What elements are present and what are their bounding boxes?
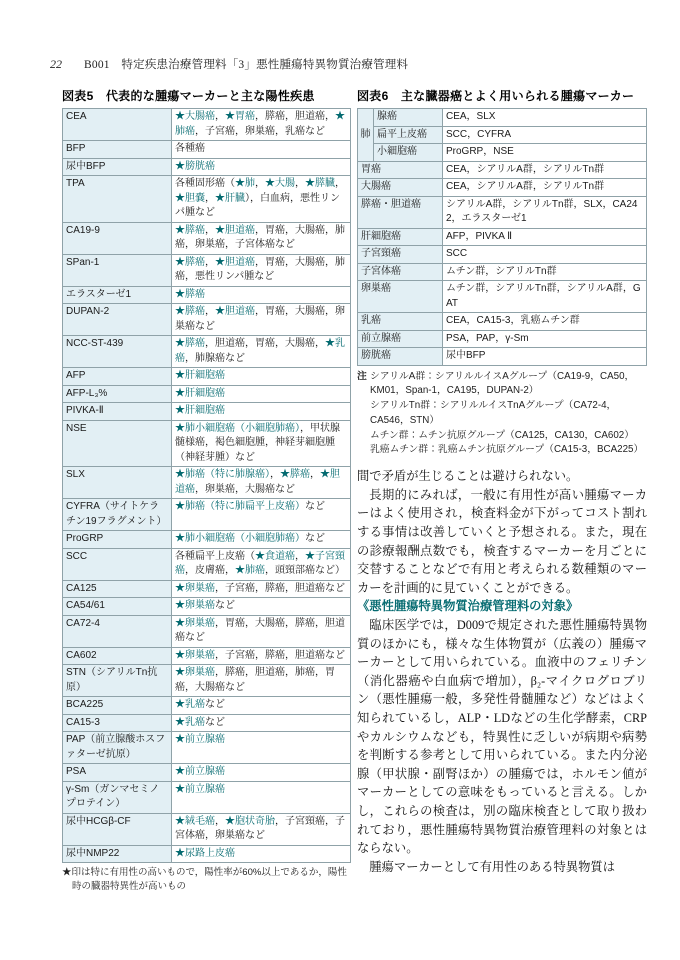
starred-disease: ★胆道癌 xyxy=(215,306,255,317)
body-paragraph: 長期的にみれば，一般に有用性が高い腫瘍マーカーはよく使用され，検査料金が下がって… xyxy=(357,486,647,598)
organ-name: 乳癌 xyxy=(358,313,443,331)
organ-name: 膀胱癌 xyxy=(358,348,443,366)
organ-markers: CEA，CA15-3，乳癌ムチン群 xyxy=(443,313,647,331)
table-row: 乳癌CEA，CA15-3，乳癌ムチン群 xyxy=(358,313,647,331)
note-body: シアリルA群：シアリルルイスAグループ（CA19-9，CA50，KM01，Spa… xyxy=(370,370,647,459)
table-row: SPan-1★膵癌，★胆道癌，胃癌，大腸癌，肺癌，悪性リンパ腫など xyxy=(63,254,351,286)
organ-name: 子宮頸癌 xyxy=(358,246,443,264)
marker-diseases: ★卵巣癌など xyxy=(172,598,351,616)
marker-diseases: ★卵巣癌，膵癌，胆道癌，肺癌，胃癌，大腸癌など xyxy=(172,665,351,697)
starred-disease: ★膵癌 xyxy=(175,306,205,317)
lung-subtype: 小細胞癌 xyxy=(374,144,443,162)
starred-disease: ★膵臓 xyxy=(305,178,335,189)
starred-disease: ★肺小細胞癌（小細胞肺癌） xyxy=(175,423,300,434)
note-item: ムチン群：ムチン抗原グループ（CA125，CA130，CA602） xyxy=(370,429,647,444)
marker-name: BCA225 xyxy=(63,697,172,715)
starred-disease: ★乳癌 xyxy=(175,699,205,710)
marker-diseases: ★肺小細胞癌（小細胞肺癌）など xyxy=(172,531,351,549)
marker-name: TPA xyxy=(63,176,172,223)
marker-name: PSA xyxy=(63,764,172,782)
marker-name: CA19-9 xyxy=(63,222,172,254)
starred-disease: ★肝細胞癌 xyxy=(175,370,225,381)
marker-name: AFP-L₃% xyxy=(63,385,172,403)
marker-name: 尿中HCGβ-CF xyxy=(63,813,172,845)
starred-disease: ★肝臓 xyxy=(215,193,245,204)
note-item: 乳癌ムチン群：乳癌ムチン抗原グループ（CA15-3，BCA225） xyxy=(370,443,647,458)
marker-diseases: ★膵癌 xyxy=(172,286,351,304)
table-row: NCC-ST-439★膵癌，胆道癌，胃癌，大腸癌，★乳癌，肺腺癌など xyxy=(63,336,351,368)
table-row: PSA★前立腺癌 xyxy=(63,764,351,782)
starred-disease: ★膀胱癌 xyxy=(175,161,215,172)
table-row: BCA225★乳癌など xyxy=(63,697,351,715)
starred-disease: ★大腸 xyxy=(265,178,295,189)
table-row: 卵巣癌ムチン群，シアリルTn群，シアリルA群，GAT xyxy=(358,281,647,313)
table-row: 小細胞癌ProGRP，NSE xyxy=(358,144,647,162)
marker-diseases: ★肺癌（特に肺腺癌），★膵癌，★胆道癌，卵巣癌，大腸癌など xyxy=(172,467,351,499)
note-item: シアリルTn群：シアリルルイスTnAグループ（CA72-4，CA546，STN） xyxy=(370,399,647,429)
organ-name: 子宮体癌 xyxy=(358,263,443,281)
marker-diseases: ★膵癌，★胆道癌，胃癌，大腸癌，肺癌，卵巣癌，子宮体癌など xyxy=(172,222,351,254)
marker-diseases: ★前立腺癌 xyxy=(172,781,351,813)
starred-disease: ★胆道癌 xyxy=(215,257,255,268)
marker-name: AFP xyxy=(63,368,172,386)
table-row: 子宮頸癌SCC xyxy=(358,246,647,264)
note-label: 注 xyxy=(357,370,367,385)
starred-disease: ★前立腺癌 xyxy=(175,766,225,777)
starred-disease: ★卵巣癌 xyxy=(175,667,215,678)
marker-diseases: ★肺癌（特に肺扁平上皮癌）など xyxy=(172,499,351,531)
table-row: SCC各種扁平上皮癌（★食道癌，★子宮頸癌，皮膚癌，★肺癌，頭頸部癌など） xyxy=(63,548,351,580)
starred-disease: ★膵癌 xyxy=(280,469,310,480)
right-column: 図表6 主な臓器癌とよく用いられる腫瘍マーカー 肺腺癌CEA，SLX扁平上皮癌S… xyxy=(357,87,647,876)
starred-disease: ★大腸癌 xyxy=(175,111,215,122)
organ-name: 前立腺癌 xyxy=(358,330,443,348)
table-row: 胃癌CEA，シアリルA群，シアリルTn群 xyxy=(358,161,647,179)
starred-disease: ★前立腺癌 xyxy=(175,784,225,795)
marker-diseases: ★前立腺癌 xyxy=(172,732,351,764)
marker-diseases: ★大腸癌，★胃癌，膵癌，胆道癌，★肺癌，子宮癌，卵巣癌，乳癌など xyxy=(172,109,351,141)
body-text: 間で矛盾が生じることは避けられない。長期的にみれば，一般に有用性が高い腫瘍マーカ… xyxy=(357,467,647,876)
organ-name: 肺 xyxy=(358,109,374,162)
starred-disease: ★肝細胞癌 xyxy=(175,405,225,416)
starred-disease: ★尿路上皮癌 xyxy=(175,848,235,859)
body-paragraph: 臨床医学では，D009で規定された悪性腫瘍特異物質のほかにも，様々な生体物質が（… xyxy=(357,616,647,858)
table-row: TPA各種固形癌（★肺，★大腸，★膵臓，★胆嚢，★肝臓），白血病，悪性リンパ腫な… xyxy=(63,176,351,223)
marker-diseases: ★絨毛癌，★胞状奇胎，子宮頸癌，子宮体癌，卵巣癌など xyxy=(172,813,351,845)
starred-disease: ★前立腺癌 xyxy=(175,734,225,745)
starred-disease: ★食道癌 xyxy=(255,551,295,562)
marker-diseases: ★乳癌など xyxy=(172,697,351,715)
starred-disease: ★卵巣癌 xyxy=(175,583,215,594)
table-row: 肝細胞癌AFP，PIVKA Ⅱ xyxy=(358,228,647,246)
starred-disease: ★膵癌 xyxy=(175,257,205,268)
section-title: B001 特定疾患治療管理料「3」悪性腫瘍特異物質治療管理料 xyxy=(84,59,408,71)
organ-markers: シアリルA群，シアリルTn群，SLX，CA242，エラスターゼ1 xyxy=(443,196,647,228)
marker-name: SCC xyxy=(63,548,172,580)
table-row: CA54/61★卵巣癌など xyxy=(63,598,351,616)
marker-diseases: ★膀胱癌 xyxy=(172,158,351,176)
marker-name: PIVKA-Ⅱ xyxy=(63,403,172,421)
organ-markers: ProGRP，NSE xyxy=(443,144,647,162)
organ-markers: SCC，CYFRA xyxy=(443,126,647,144)
marker-name: 尿中BFP xyxy=(63,158,172,176)
marker-name: CA72-4 xyxy=(63,615,172,647)
starred-disease: ★肺 xyxy=(235,178,255,189)
table-row: AFP-L₃%★肝細胞癌 xyxy=(63,385,351,403)
organ-markers: PSA，PAP，γ-Sm xyxy=(443,330,647,348)
marker-diseases: ★肝細胞癌 xyxy=(172,385,351,403)
table-row: PAP（前立腺酸ホスファターゼ抗原）★前立腺癌 xyxy=(63,732,351,764)
body-heading: 《悪性腫瘍特異物質治療管理料の対象》 xyxy=(357,597,647,616)
table-row: 前立腺癌PSA，PAP，γ-Sm xyxy=(358,330,647,348)
marker-name: STN（シアリルTn抗原） xyxy=(63,665,172,697)
table-row: 子宮体癌ムチン群，シアリルTn群 xyxy=(358,263,647,281)
table-row: 膀胱癌尿中BFP xyxy=(358,348,647,366)
table6-note: 注 シアリルA群：シアリルルイスAグループ（CA19-9，CA50，KM01，S… xyxy=(357,370,647,459)
page-number: 22 xyxy=(50,57,62,71)
marker-name: γ-Sm（ガンマセミノプロテイン） xyxy=(63,781,172,813)
starred-disease: ★肺癌（特に肺扁平上皮癌） xyxy=(175,501,305,512)
table-row: 尿中BFP★膀胱癌 xyxy=(63,158,351,176)
starred-disease: ★膵癌 xyxy=(175,289,205,300)
marker-diseases: 各種固形癌（★肺，★大腸，★膵臓，★胆嚢，★肝臓），白血病，悪性リンパ腫など xyxy=(172,176,351,223)
marker-diseases: 各種癌 xyxy=(172,141,351,159)
organ-markers: 尿中BFP xyxy=(443,348,647,366)
table-row: CA72-4★卵巣癌，胃癌，大腸癌，膵癌，胆道癌など xyxy=(63,615,351,647)
starred-disease: ★胞状奇胎 xyxy=(225,816,275,827)
marker-diseases: ★卵巣癌，子宮癌，膵癌，胆道癌など xyxy=(172,647,351,665)
marker-name: SLX xyxy=(63,467,172,499)
starred-disease: ★膵癌 xyxy=(175,338,205,349)
organ-name: 肝細胞癌 xyxy=(358,228,443,246)
organ-name: 卵巣癌 xyxy=(358,281,443,313)
body-paragraph: 間で矛盾が生じることは避けられない。 xyxy=(357,467,647,486)
marker-diseases: 各種扁平上皮癌（★食道癌，★子宮頸癌，皮膚癌，★肺癌，頭頸部癌など） xyxy=(172,548,351,580)
starred-disease: ★膵癌 xyxy=(175,225,205,236)
organ-markers: SCC xyxy=(443,246,647,264)
marker-name: SPan-1 xyxy=(63,254,172,286)
organ-markers: CEA，シアリルA群，シアリルTn群 xyxy=(443,161,647,179)
table-row: SLX★肺癌（特に肺腺癌），★膵癌，★胆道癌，卵巣癌，大腸癌など xyxy=(63,467,351,499)
body-paragraph: 腫瘍マーカーとして有用性のある特異物質は xyxy=(357,858,647,877)
marker-name: CYFRA（サイトケラチン19フラグメント） xyxy=(63,499,172,531)
organ-name: 膵癌・胆道癌 xyxy=(358,196,443,228)
marker-name: PAP（前立腺酸ホスファターゼ抗原） xyxy=(63,732,172,764)
table-row: CEA★大腸癌，★胃癌，膵癌，胆道癌，★肺癌，子宮癌，卵巣癌，乳癌など xyxy=(63,109,351,141)
starred-disease: ★卵巣癌 xyxy=(175,650,215,661)
marker-diseases: ★前立腺癌 xyxy=(172,764,351,782)
organ-markers: AFP，PIVKA Ⅱ xyxy=(443,228,647,246)
marker-diseases: ★肝細胞癌 xyxy=(172,403,351,421)
starred-disease: ★肺癌 xyxy=(235,565,265,576)
document-page: 22B001 特定疾患治療管理料「3」悪性腫瘍特異物質治療管理料 図表5 代表的… xyxy=(0,0,680,960)
table-row: CA125★卵巣癌，子宮癌，膵癌，胆道癌など xyxy=(63,580,351,598)
marker-name: ProGRP xyxy=(63,531,172,549)
starred-disease: ★絨毛癌 xyxy=(175,816,215,827)
starred-disease: ★肺癌（特に肺腺癌） xyxy=(175,469,270,480)
starred-disease: ★胆嚢 xyxy=(175,193,205,204)
marker-name: CA602 xyxy=(63,647,172,665)
left-column: 図表5 代表的な腫瘍マーカーと主な陽性疾患 CEA★大腸癌，★胃癌，膵癌，胆道癌… xyxy=(62,87,351,894)
table-row: ProGRP★肺小細胞癌（小細胞肺癌）など xyxy=(63,531,351,549)
table-row: CA15-3★乳癌など xyxy=(63,714,351,732)
table-row: 尿中HCGβ-CF★絨毛癌，★胞状奇胎，子宮頸癌，子宮体癌，卵巣癌など xyxy=(63,813,351,845)
organ-markers: CEA，シアリルA群，シアリルTn群 xyxy=(443,179,647,197)
organ-markers: CEA，SLX xyxy=(443,109,647,127)
table-row: 肺腺癌CEA，SLX xyxy=(358,109,647,127)
organ-marker-table: 肺腺癌CEA，SLX扁平上皮癌SCC，CYFRA小細胞癌ProGRP，NSE胃癌… xyxy=(357,108,647,366)
table-row: CA19-9★膵癌，★胆道癌，胃癌，大腸癌，肺癌，卵巣癌，子宮体癌など xyxy=(63,222,351,254)
starred-disease: ★肝細胞癌 xyxy=(175,388,225,399)
marker-name: 尿中NMP22 xyxy=(63,845,172,863)
note-item: シアリルA群：シアリルルイスAグループ（CA19-9，CA50，KM01，Spa… xyxy=(370,370,647,400)
marker-diseases: ★膵癌，★胆道癌，胃癌，大腸癌，肺癌，悪性リンパ腫など xyxy=(172,254,351,286)
table-row: 扁平上皮癌SCC，CYFRA xyxy=(358,126,647,144)
table-row: BFP各種癌 xyxy=(63,141,351,159)
starred-disease: ★乳癌 xyxy=(175,717,205,728)
marker-name: エラスターゼ1 xyxy=(63,286,172,304)
marker-name: DUPAN-2 xyxy=(63,304,172,336)
page-header: 22B001 特定疾患治療管理料「3」悪性腫瘍特異物質治療管理料 xyxy=(50,56,408,72)
marker-diseases: ★卵巣癌，胃癌，大腸癌，膵癌，胆道癌など xyxy=(172,615,351,647)
table-row: γ-Sm（ガンマセミノプロテイン）★前立腺癌 xyxy=(63,781,351,813)
marker-diseases: ★卵巣癌，子宮癌，膵癌，胆道癌など xyxy=(172,580,351,598)
organ-markers: ムチン群，シアリルTn群，シアリルA群，GAT xyxy=(443,281,647,313)
marker-name: NCC-ST-439 xyxy=(63,336,172,368)
tumor-marker-table: CEA★大腸癌，★胃癌，膵癌，胆道癌，★肺癌，子宮癌，卵巣癌，乳癌などBFP各種… xyxy=(62,108,351,863)
table-row: エラスターゼ1★膵癌 xyxy=(63,286,351,304)
marker-name: CA15-3 xyxy=(63,714,172,732)
marker-name: CEA xyxy=(63,109,172,141)
lung-subtype: 腺癌 xyxy=(374,109,443,127)
table-row: NSE★肺小細胞癌（小細胞肺癌），甲状腺髄様癌，褐色細胞腫，神経芽細胞腫（神経芽… xyxy=(63,420,351,467)
lung-subtype: 扁平上皮癌 xyxy=(374,126,443,144)
organ-markers: ムチン群，シアリルTn群 xyxy=(443,263,647,281)
table5-footnote: ★印は特に有用性の高いもので，陽性率が60%以上であるか，陽性時の臓器特異性が高… xyxy=(62,866,351,894)
table-row: STN（シアリルTn抗原）★卵巣癌，膵癌，胆道癌，肺癌，胃癌，大腸癌など xyxy=(63,665,351,697)
marker-name: NSE xyxy=(63,420,172,467)
table-row: AFP★肝細胞癌 xyxy=(63,368,351,386)
starred-disease: ★卵巣癌 xyxy=(175,600,215,611)
table5-title: 図表5 代表的な腫瘍マーカーと主な陽性疾患 xyxy=(62,87,351,104)
marker-diseases: ★肺小細胞癌（小細胞肺癌），甲状腺髄様癌，褐色細胞腫，神経芽細胞腫（神経芽腫）な… xyxy=(172,420,351,467)
table6-title: 図表6 主な臓器癌とよく用いられる腫瘍マーカー xyxy=(357,87,647,104)
marker-diseases: ★膵癌，胆道癌，胃癌，大腸癌，★乳癌，肺腺癌など xyxy=(172,336,351,368)
marker-diseases: ★尿路上皮癌 xyxy=(172,845,351,863)
marker-name: CA54/61 xyxy=(63,598,172,616)
table-row: DUPAN-2★膵癌，★胆道癌，胃癌，大腸癌，卵巣癌など xyxy=(63,304,351,336)
organ-name: 大腸癌 xyxy=(358,179,443,197)
table-row: 大腸癌CEA，シアリルA群，シアリルTn群 xyxy=(358,179,647,197)
table-row: 膵癌・胆道癌シアリルA群，シアリルTn群，SLX，CA242，エラスターゼ1 xyxy=(358,196,647,228)
starred-disease: ★胃癌 xyxy=(225,111,255,122)
marker-name: CA125 xyxy=(63,580,172,598)
table-row: PIVKA-Ⅱ★肝細胞癌 xyxy=(63,403,351,421)
organ-name: 胃癌 xyxy=(358,161,443,179)
marker-name: BFP xyxy=(63,141,172,159)
table-row: CA602★卵巣癌，子宮癌，膵癌，胆道癌など xyxy=(63,647,351,665)
marker-diseases: ★乳癌など xyxy=(172,714,351,732)
starred-disease: ★卵巣癌 xyxy=(175,618,215,629)
table-row: 尿中NMP22★尿路上皮癌 xyxy=(63,845,351,863)
starred-disease: ★肺小細胞癌（小細胞肺癌） xyxy=(175,533,305,544)
starred-disease: ★胆道癌 xyxy=(215,225,255,236)
marker-diseases: ★膵癌，★胆道癌，胃癌，大腸癌，卵巣癌など xyxy=(172,304,351,336)
table-row: CYFRA（サイトケラチン19フラグメント）★肺癌（特に肺扁平上皮癌）など xyxy=(63,499,351,531)
marker-diseases: ★肝細胞癌 xyxy=(172,368,351,386)
